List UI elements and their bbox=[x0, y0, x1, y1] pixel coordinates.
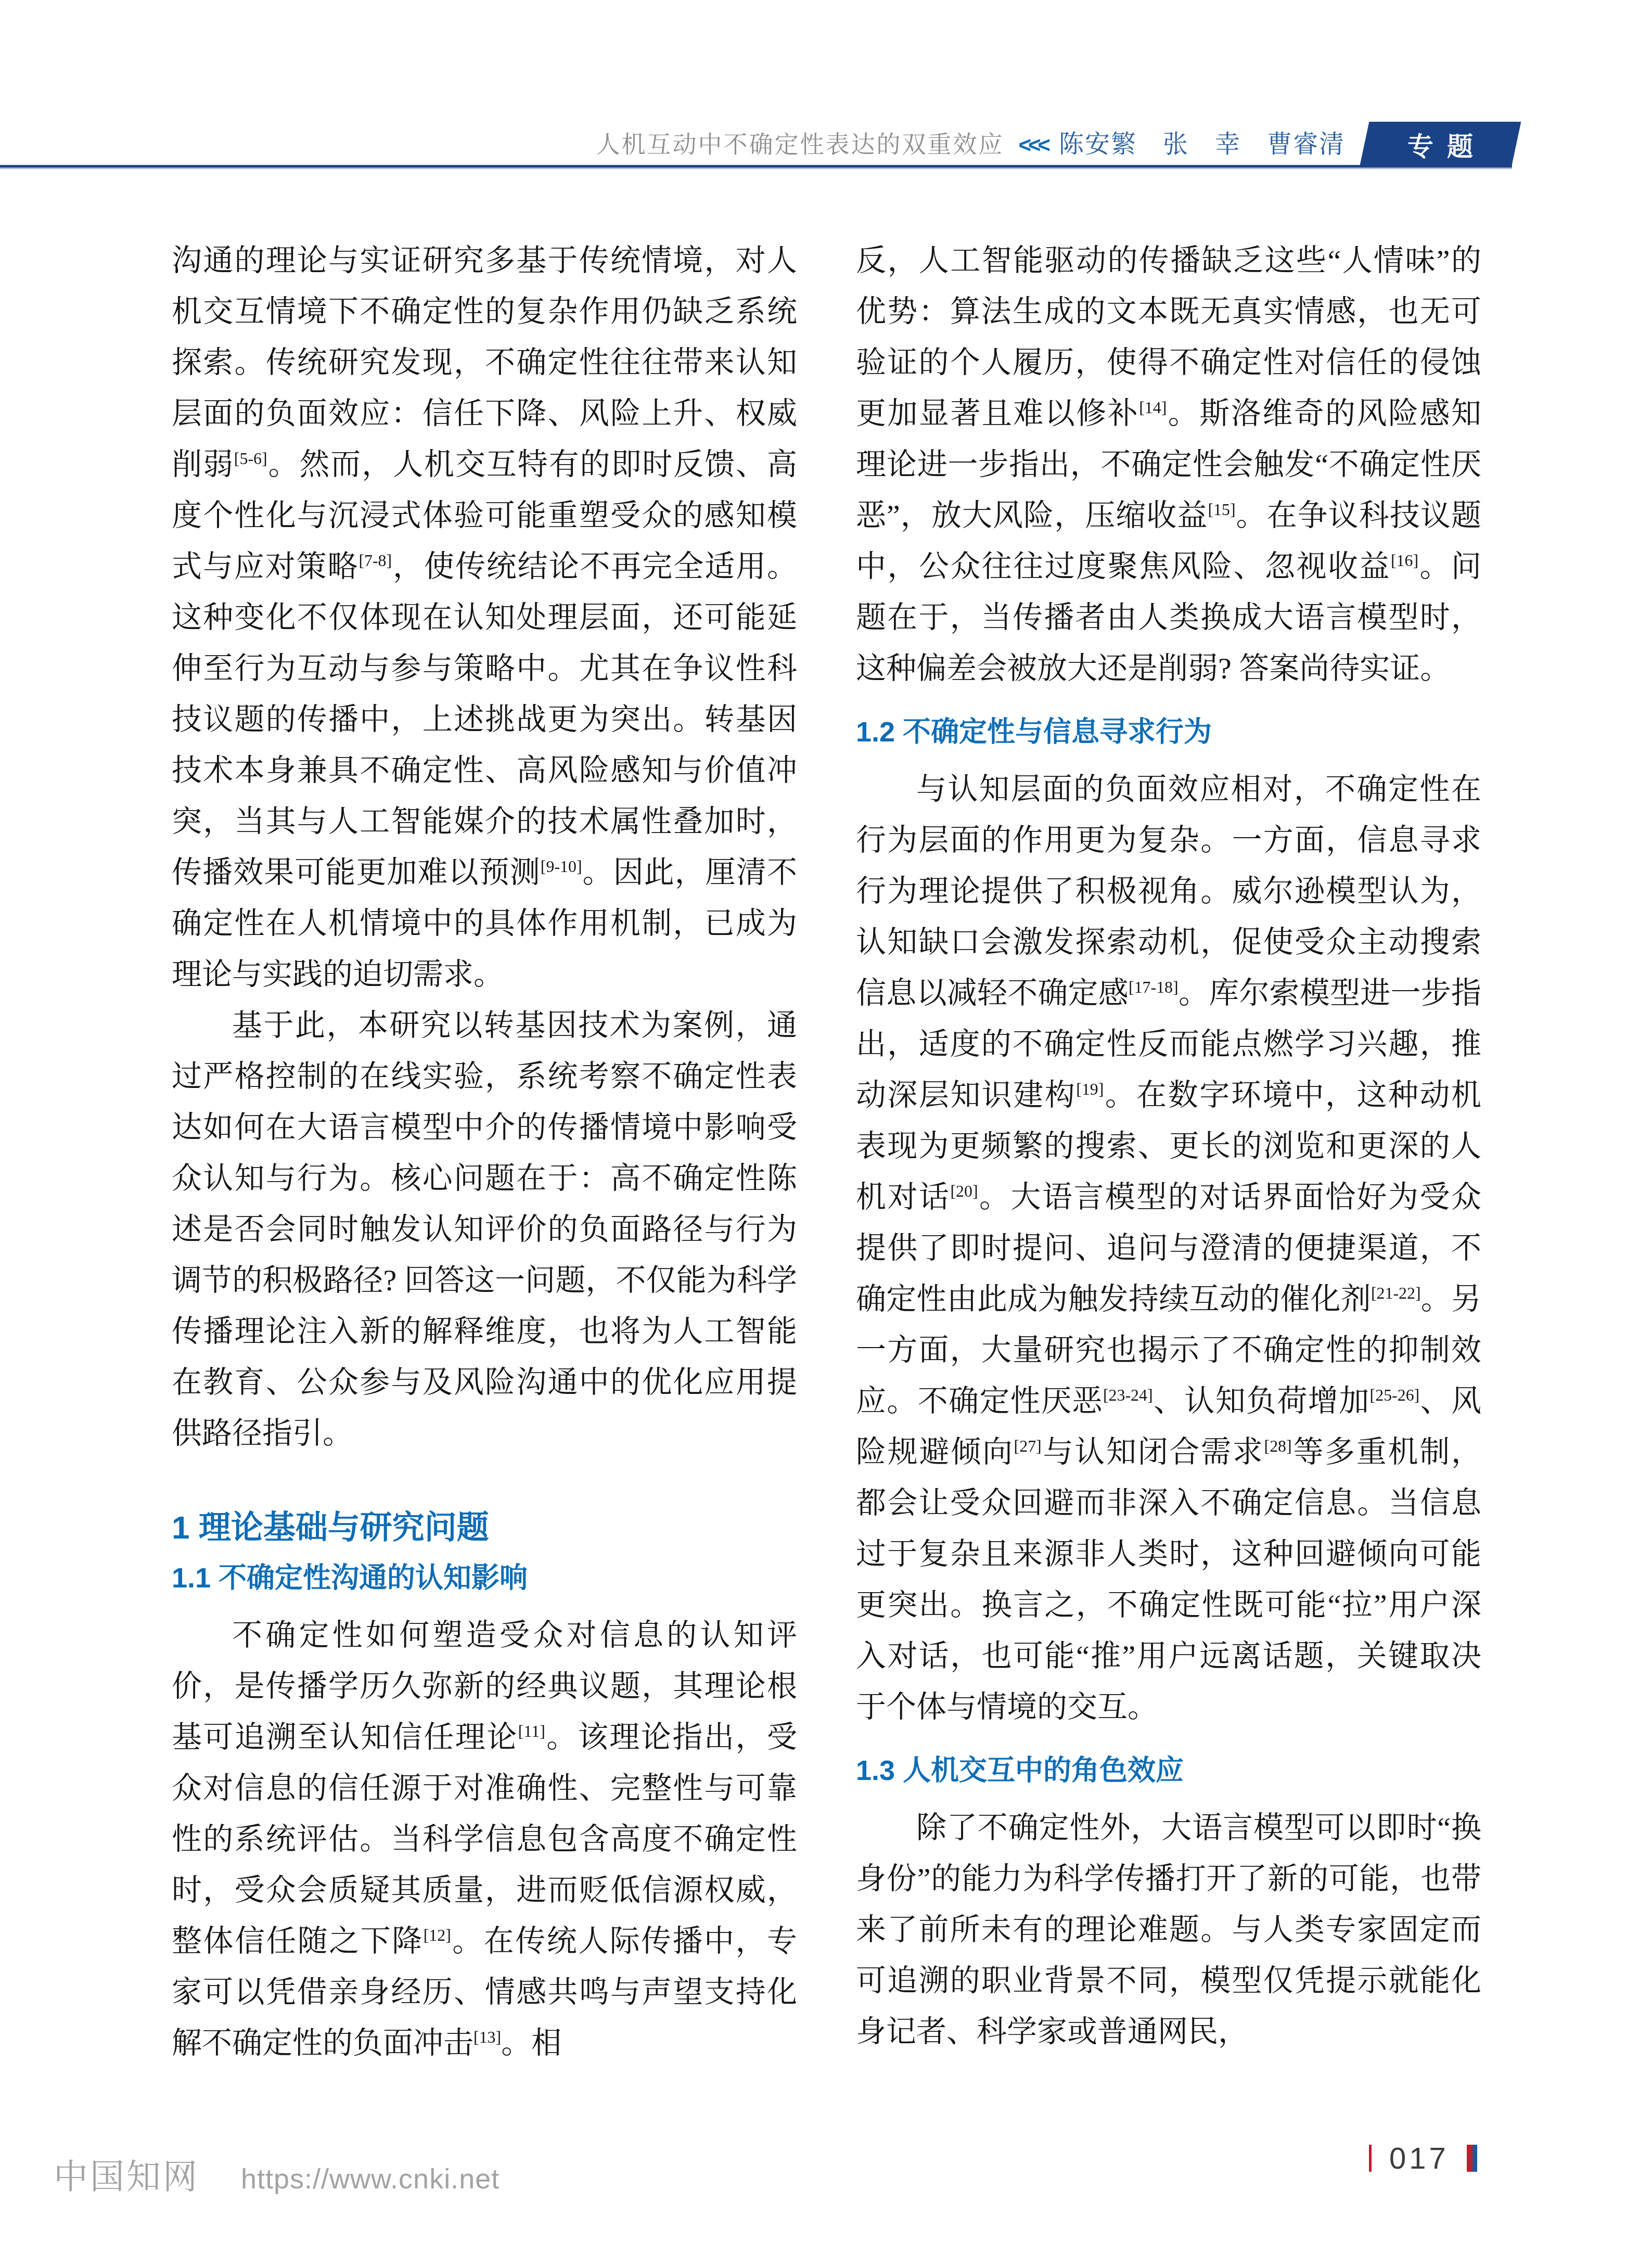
cnki-logo-text: 中国知网 bbox=[54, 2149, 199, 2198]
special-topic-badge: 专题 bbox=[1360, 122, 1521, 168]
subsection-heading: 1.1 不确定性沟通的认知影响 bbox=[172, 1561, 797, 1595]
reference-marker: [14] bbox=[1139, 399, 1167, 417]
page-number: 017 bbox=[1389, 2141, 1449, 2176]
page-corner-mark-blue bbox=[1472, 2145, 1477, 2172]
body-paragraph: 基于此，本研究以转基因技术为案例，通过严格控制的在线实验，系统考察不确定性表达如… bbox=[172, 1000, 797, 1459]
reference-marker: [28] bbox=[1264, 1437, 1292, 1455]
reference-marker: [5-6] bbox=[234, 450, 267, 468]
reference-marker: [7-8] bbox=[358, 552, 392, 570]
subsection-heading: 1.2 不确定性与信息寻求行为 bbox=[856, 715, 1481, 749]
footer-watermark: 中国知网 https://www.cnki.net bbox=[54, 2149, 500, 2198]
reference-marker: [27] bbox=[1014, 1437, 1042, 1455]
triple-chevron-icon: <<< bbox=[1018, 133, 1047, 157]
reference-marker: [20] bbox=[950, 1182, 978, 1200]
reference-marker: [19] bbox=[1076, 1080, 1104, 1098]
cnki-url: https://www.cnki.net bbox=[241, 2163, 500, 2195]
reference-marker: [25-26] bbox=[1370, 1386, 1420, 1404]
reference-marker: [15] bbox=[1208, 501, 1235, 519]
left-column: 沟通的理论与实证研究多基于传统情境，对人机交互情境下不确定性的复杂作用仍缺乏系统… bbox=[172, 235, 797, 2069]
body-paragraph: 与认知层面的负面效应相对，不确定性在行为层面的作用更为复杂。一方面，信息寻求行为… bbox=[856, 764, 1481, 1733]
body-paragraph: 反，人工智能驱动的传播缺乏这些“人情味”的优势：算法生成的文本既无真实情感，也无… bbox=[856, 235, 1481, 694]
reference-marker: [12] bbox=[424, 1926, 451, 1944]
header-rule-shadow bbox=[0, 168, 1512, 169]
reference-marker: [9-10] bbox=[541, 857, 582, 876]
right-column: 反，人工智能驱动的传播缺乏这些“人情味”的优势：算法生成的文本既无真实情感，也无… bbox=[856, 235, 1481, 2057]
page-corner-mark-red bbox=[1467, 2145, 1472, 2172]
reference-marker: [13] bbox=[473, 2028, 501, 2046]
journal-page: 人机互动中不确定性表达的双重效应<<<陈安繁 张 幸 曹睿清 专题 沟通的理论与… bbox=[0, 0, 1652, 2242]
reference-marker: [23-24] bbox=[1103, 1386, 1153, 1404]
reference-marker: [11] bbox=[518, 1722, 545, 1740]
reference-marker: [16] bbox=[1391, 552, 1418, 570]
body-paragraph: 沟通的理论与实证研究多基于传统情境，对人机交互情境下不确定性的复杂作用仍缺乏系统… bbox=[172, 235, 797, 1000]
body-paragraph: 不确定性如何塑造受众对信息的认知评价，是传播学历久弥新的经典议题，其理论根基可追… bbox=[172, 1610, 797, 2069]
page-header: 人机互动中不确定性表达的双重效应<<<陈安繁 张 幸 曹睿清 bbox=[0, 124, 1345, 160]
page-number-block: 017 bbox=[1369, 2144, 1477, 2172]
reference-marker: [17-18] bbox=[1129, 978, 1179, 996]
author-names: 陈安繁 张 幸 曹睿清 bbox=[1059, 131, 1345, 158]
reference-marker: [21-22] bbox=[1371, 1284, 1421, 1302]
running-title: 人机互动中不确定性表达的双重效应 bbox=[596, 131, 1004, 158]
section-heading: 1 理论基础与研究问题 bbox=[172, 1509, 797, 1547]
special-topic-badge-label: 专题 bbox=[1394, 126, 1487, 163]
subsection-heading: 1.3 人机交互中的角色效应 bbox=[856, 1753, 1481, 1788]
page-corner-mark bbox=[1467, 2145, 1477, 2172]
page-number-tick bbox=[1369, 2145, 1372, 2172]
body-paragraph: 除了不确定性外，大语言模型可以即时“换身份”的能力为科学传播打开了新的可能，也带… bbox=[856, 1802, 1481, 2057]
